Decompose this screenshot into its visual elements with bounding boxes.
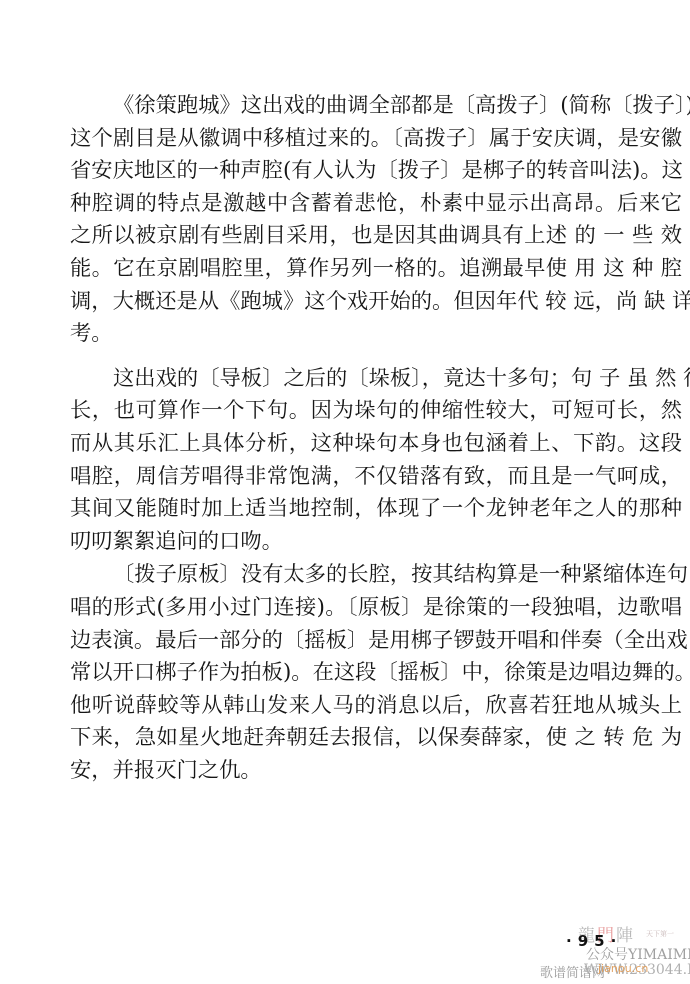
text-line: 考。 [70,318,682,351]
text-line: 调，大概还是从《跑城》这个戏开始的。但因年代 较 远，尚 缺 详 [70,286,682,319]
text-line: 叨叨絮絮追问的口吻。 [70,526,682,559]
text-line: 之所以被京剧有些剧目采用，也是因其曲调具有上述 的 一 些 效 [70,220,682,253]
text-line: 下来，急如星火地赶奔朝廷去报信，以保奏薛家，使 之 转 危 为 [70,722,682,755]
paragraph-3: 〔拨子原板〕没有太多的长腔，按其结构算是一种紧缩体连句 唱的形式(多用小过门连接… [70,559,682,787]
text-line: 《徐策跑城》这出戏的曲调全部都是〔高拨子〕(简称〔拨子〕)。 [70,90,682,123]
seal-watermark: 天下第一 [646,929,674,939]
text-line: 这个剧目是从徽调中移植过来的。〔高拨子〕属于安庆调，是安徽 [70,123,682,156]
text-line: 种腔调的特点是激越中含蓄着悲怆，朴素中显示出高昂。后来它 [70,188,682,221]
yimaime-watermark: 公众号YIMAIME [586,944,690,964]
text-line: 他听说薛蛟等从韩山发来人马的消息以后，欣喜若狂地从城头上 [70,690,682,723]
text-line: 唱的形式(多用小过门连接)。〔原板〕是徐策的一段独唱，边歌唱 [70,592,682,625]
paragraph-1: 《徐策跑城》这出戏的曲调全部都是〔高拨子〕(简称〔拨子〕)。 这个剧目是从徽调中… [70,90,682,351]
text-line: 这出戏的〔导板〕之后的〔垛板〕，竟达十多句；句 子 虽 然 很 [70,363,682,396]
jianpu-url-watermark: jianpu.cn [598,962,648,975]
scanned-book-page: 《徐策跑城》这出戏的曲调全部都是〔高拨子〕(简称〔拨子〕)。 这个剧目是从徽调中… [0,0,690,984]
body-text: 《徐策跑城》这出戏的曲调全部都是〔高拨子〕(简称〔拨子〕)。 这个剧目是从徽调中… [70,90,682,787]
text-line: 能。它在京剧唱腔里，算作另列一格的。追溯最早使 用 这 种 腔 [70,253,682,286]
paragraph-spacer [70,351,682,363]
text-line: 而从其乐汇上具体分析，这种垛句本身也包涵着上、下韵。这段 [70,428,682,461]
text-line: 〔拨子原板〕没有太多的长腔，按其结构算是一种紧缩体连句 [70,559,682,592]
paragraph-2: 这出戏的〔导板〕之后的〔垛板〕，竟达十多句；句 子 虽 然 很 长，也可算作一个… [70,363,682,559]
text-line: 长，也可算作一个下句。因为垛句的伸缩性较大，可短可长，然 [70,395,682,428]
text-line: 其间又能随时加上适当地控制，体现了一个龙钟老年之人的那种 [70,493,682,526]
text-line: 省安庆地区的一种声腔(有人认为〔拨子〕是梆子的转音叫法)。这 [70,155,682,188]
text-line: 安，并报灭门之仇。 [70,755,682,788]
text-line: 边表演。最后一部分的〔摇板〕是用梆子锣鼓开唱和伴奏（全出戏 [70,625,682,658]
text-line: 唱腔，周信芳唱得非常饱满，不仅错落有致，而且是一气呵成， [70,461,682,494]
text-line: 常以开口梆子作为拍板)。在这段〔摇板〕中，徐策是边唱边舞的。 [70,657,682,690]
